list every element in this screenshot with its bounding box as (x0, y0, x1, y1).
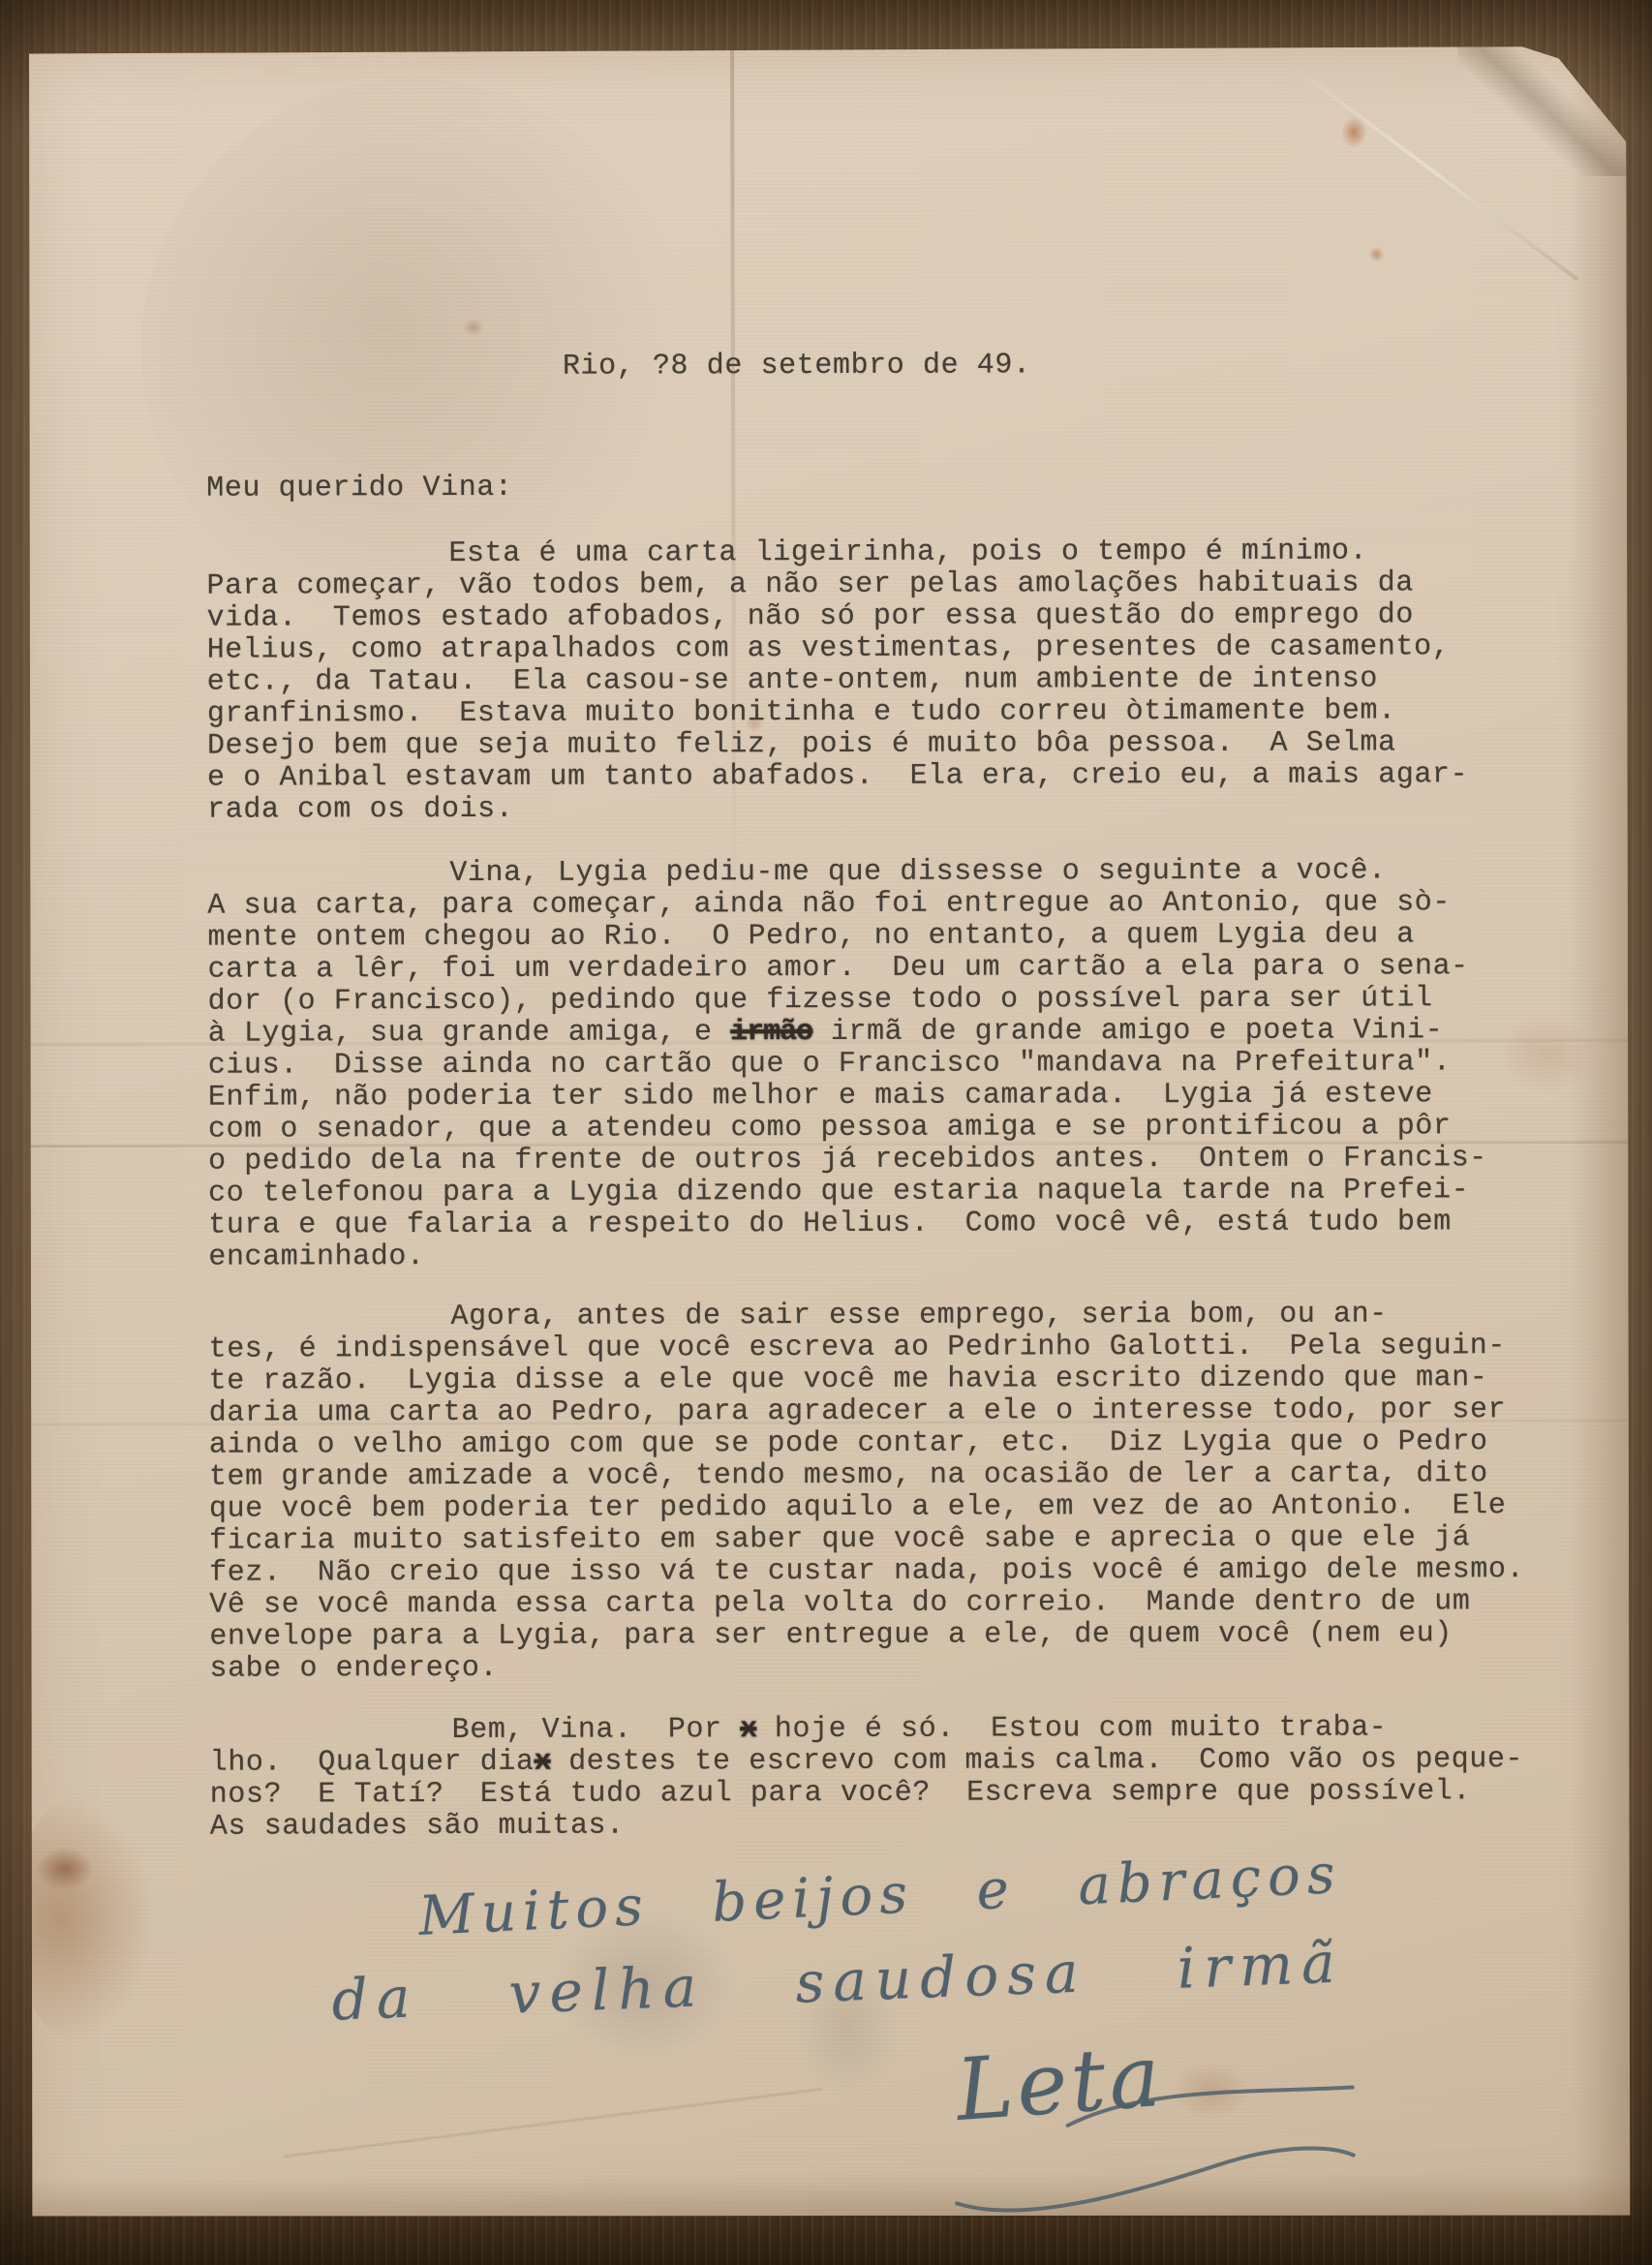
typed-line: à Lygia, sua grande amiga, e irmão irmã … (208, 1015, 1593, 1051)
typed-line: vida. Temos estado afobados, não só por … (207, 599, 1592, 635)
typed-line: ficaria muito satisfeito em saber que vo… (209, 1522, 1594, 1558)
typed-line: lho. Qualquer diax destes te escrevo com… (210, 1744, 1595, 1780)
stain (463, 319, 484, 336)
typed-line: daria uma carta ao Pedro, para agradecer… (209, 1394, 1594, 1430)
typed-line: Enfim, não poderia ter sido melhor e mai… (208, 1079, 1593, 1115)
typed-line: etc., da Tatau. Ela casou-se ante-ontem,… (207, 663, 1592, 699)
typed-line: te razão. Lygia disse a ele que você me … (209, 1362, 1594, 1398)
typed-line: sabe o endereço. (209, 1650, 1594, 1686)
typed-line: Agora, antes de sair esse emprego, seria… (208, 1299, 1593, 1334)
stain (37, 1848, 93, 1890)
typed-line: granfinismo. Estava muito bonitinha e tu… (207, 695, 1592, 731)
typed-line: encaminhado. (208, 1239, 1593, 1274)
stain (12, 1793, 158, 2045)
typed-line: dor (o Francisco), pedindo que fizesse t… (208, 983, 1593, 1019)
crease (284, 2088, 822, 2158)
paragraph-1: Esta é uma carta ligeirinha, pois o temp… (206, 536, 1592, 827)
photo-backdrop: Rio, ?8 de setembro de 49. Meu querido V… (0, 0, 1652, 2265)
stain (1369, 246, 1385, 261)
typed-line: envelope para a Lygia, para ser entregue… (209, 1618, 1594, 1654)
signature: Leta (953, 2009, 1392, 2233)
typed-line: fez. Não creio que isso vá te custar nad… (209, 1554, 1594, 1590)
typed-line: e o Anibal estavam um tanto abafados. El… (207, 759, 1592, 795)
typed-line: tes, é indispensável que você escreva ao… (209, 1331, 1594, 1366)
handwritten-closing-line-1: Muitos beijos e abraços (417, 1843, 1343, 1948)
typed-line: com o senador, que a atendeu como pessoa… (208, 1111, 1593, 1147)
salutation: Meu querido Vina: (206, 473, 512, 505)
paragraph-4: Bem, Vina. Por x hoje é só. Estou com mu… (210, 1712, 1595, 1844)
typed-line: cius. Disse ainda no cartão que o Franci… (208, 1047, 1593, 1083)
typed-line: mente ontem chegou ao Rio. O Pedro, no e… (207, 919, 1592, 955)
paragraph-2: Vina, Lygia pediu-me que dissesse o segu… (207, 855, 1593, 1274)
typed-line: A sua carta, para começar, ainda não foi… (207, 887, 1592, 923)
typed-line: Vê se você manda essa carta pela volta d… (209, 1586, 1594, 1622)
typed-line: As saudades são muitas. (210, 1808, 1595, 1844)
paper-fold-top-right (1457, 41, 1632, 176)
typed-line: nos? E Tatí? Está tudo azul para você? E… (210, 1776, 1595, 1812)
typed-line: que você bem poderia ter pedido aquilo a… (209, 1490, 1594, 1526)
signature-name: Leta (953, 2026, 1167, 2140)
typed-line: Para começar, vão todos bem, a não ser p… (206, 567, 1591, 603)
letter-paper: Rio, ?8 de setembro de 49. Meu querido V… (24, 46, 1632, 2221)
crease (1282, 57, 1578, 281)
typed-line: carta a lêr, foi um verdadeiro amor. Deu… (208, 951, 1593, 987)
typed-line: ainda o velho amigo com que se pode cont… (209, 1426, 1594, 1462)
typed-line: Desejo bem que seja muito feliz, pois é … (207, 727, 1592, 763)
typed-line: Bem, Vina. Por x hoje é só. Estou com mu… (210, 1712, 1595, 1748)
typed-line: rada com os dois. (207, 791, 1592, 827)
typed-line: tura e que falaria a respeito do Helius.… (208, 1207, 1593, 1242)
typed-line: Helius, como atrapalhados com as vestime… (207, 631, 1592, 667)
paragraph-3: Agora, antes de sair esse emprego, seria… (208, 1299, 1594, 1686)
typed-line: tem grande amizade a você, tendo mesmo, … (209, 1458, 1594, 1494)
stain (1341, 117, 1366, 148)
typed-line: Vina, Lygia pediu-me que dissesse o segu… (207, 855, 1592, 891)
typed-line: co telefonou para a Lygia dizendo que es… (208, 1175, 1593, 1210)
date-line: Rio, ?8 de setembro de 49. (563, 350, 1031, 383)
typed-line: o pedido dela na frente de outros já rec… (208, 1143, 1593, 1178)
typed-line: Esta é uma carta ligeirinha, pois o temp… (206, 536, 1591, 571)
